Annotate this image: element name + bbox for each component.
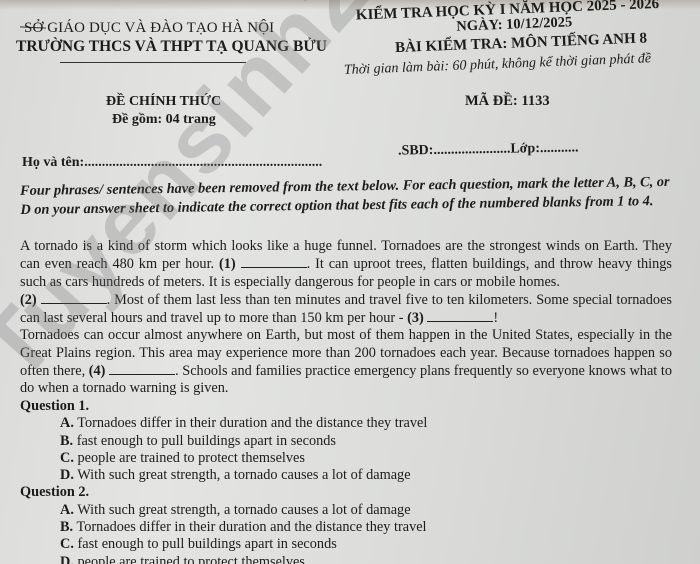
option-letter: D. xyxy=(60,467,74,483)
option-text: Tornadoes differ in their duration and t… xyxy=(77,415,427,431)
blank-3 xyxy=(427,309,493,322)
exam-header: KIỂM TRA HỌC KỲ I NĂM HỌC 2025 - 2026 NG… xyxy=(343,0,700,90)
answer-option: D. people are trained to protect themsel… xyxy=(20,554,620,564)
exam-code: MÃ ĐỀ: 1133 xyxy=(465,93,550,110)
answer-option: A. Tornadoes differ in their duration an… xyxy=(20,415,620,432)
answer-option: A. With such great strength, a tornado c… xyxy=(20,502,620,519)
passage-text: ! xyxy=(493,310,498,326)
school-name: TRƯỜNG THCS VÀ THPT TẠ QUANG BỬU xyxy=(16,38,327,56)
answer-option: C. fast enough to pull buildings apart i… xyxy=(20,536,620,553)
option-text: fast enough to pull buildings apart in s… xyxy=(77,536,336,552)
option-text: With such great strength, a tornado caus… xyxy=(77,467,410,483)
option-text: people are trained to protect themselves xyxy=(77,554,304,564)
exam-page: SỞ GIÁO DỤC VÀ ĐÀO TẠO HÀ NỘI TRƯỜNG THC… xyxy=(0,0,700,564)
passage-paragraph: Tornadoes can occur almost anywhere on E… xyxy=(20,327,672,397)
question: Question 2. A. With such great strength,… xyxy=(20,484,620,564)
school-underline xyxy=(60,62,246,63)
department-name: SỞ GIÁO DỤC VÀ ĐÀO TẠO HÀ NỘI xyxy=(24,20,274,37)
blank-number: (2) xyxy=(20,292,37,308)
answer-option: B. Tornadoes differ in their duration an… xyxy=(20,519,620,536)
question-title: Question 2. xyxy=(20,484,620,501)
passage-text: . Most of them last less than ten minute… xyxy=(20,292,672,326)
option-letter: B. xyxy=(60,519,73,535)
option-letter: D. xyxy=(60,554,74,564)
blank-4 xyxy=(109,362,175,375)
option-letter: A. xyxy=(60,502,74,518)
question-list: Question 1. A. Tornadoes differ in their… xyxy=(20,398,620,564)
option-letter: B. xyxy=(60,433,73,449)
page-count: Đề gồm: 04 trang xyxy=(112,112,216,128)
blank-number: (3) xyxy=(407,310,424,326)
blank-2 xyxy=(41,291,107,304)
option-letter: A. xyxy=(60,415,74,431)
answer-option: D. With such great strength, a tornado c… xyxy=(20,467,620,484)
option-letter: C. xyxy=(60,536,74,552)
question: Question 1. A. Tornadoes differ in their… xyxy=(20,398,620,484)
answer-option: C. people are trained to protect themsel… xyxy=(20,450,620,467)
instructions: Four phrases/ sentences have been remove… xyxy=(20,173,680,219)
option-text: fast enough to pull buildings apart in s… xyxy=(77,433,336,449)
blank-number: (1) xyxy=(219,256,236,272)
passage-paragraph: A tornado is a kind of storm which looks… xyxy=(20,238,672,291)
student-id-class-field: .SBD:......................Lớp:.........… xyxy=(398,140,579,159)
answer-option: B. fast enough to pull buildings apart i… xyxy=(20,433,620,450)
time-limit: Thời gian làm bài: 60 phút, không kể thờ… xyxy=(344,51,652,79)
question-title: Question 1. xyxy=(20,398,620,415)
option-text: people are trained to protect themselves xyxy=(77,450,304,466)
option-text: Tornadoes differ in their duration and t… xyxy=(76,519,426,535)
option-text: With such great strength, a tornado caus… xyxy=(77,502,410,518)
reading-passage: A tornado is a kind of storm which looks… xyxy=(20,238,672,398)
student-name-field: Họ và tên:..............................… xyxy=(22,155,322,171)
blank-number: (4) xyxy=(89,363,106,379)
exam-date: NGÀY: 10/12/2025 xyxy=(456,14,572,35)
official-label: ĐỀ CHÍNH THỨC xyxy=(106,94,221,110)
passage-paragraph: (2) . Most of them last less than ten mi… xyxy=(20,291,672,328)
option-letter: C. xyxy=(60,450,74,466)
blank-1 xyxy=(241,255,307,268)
